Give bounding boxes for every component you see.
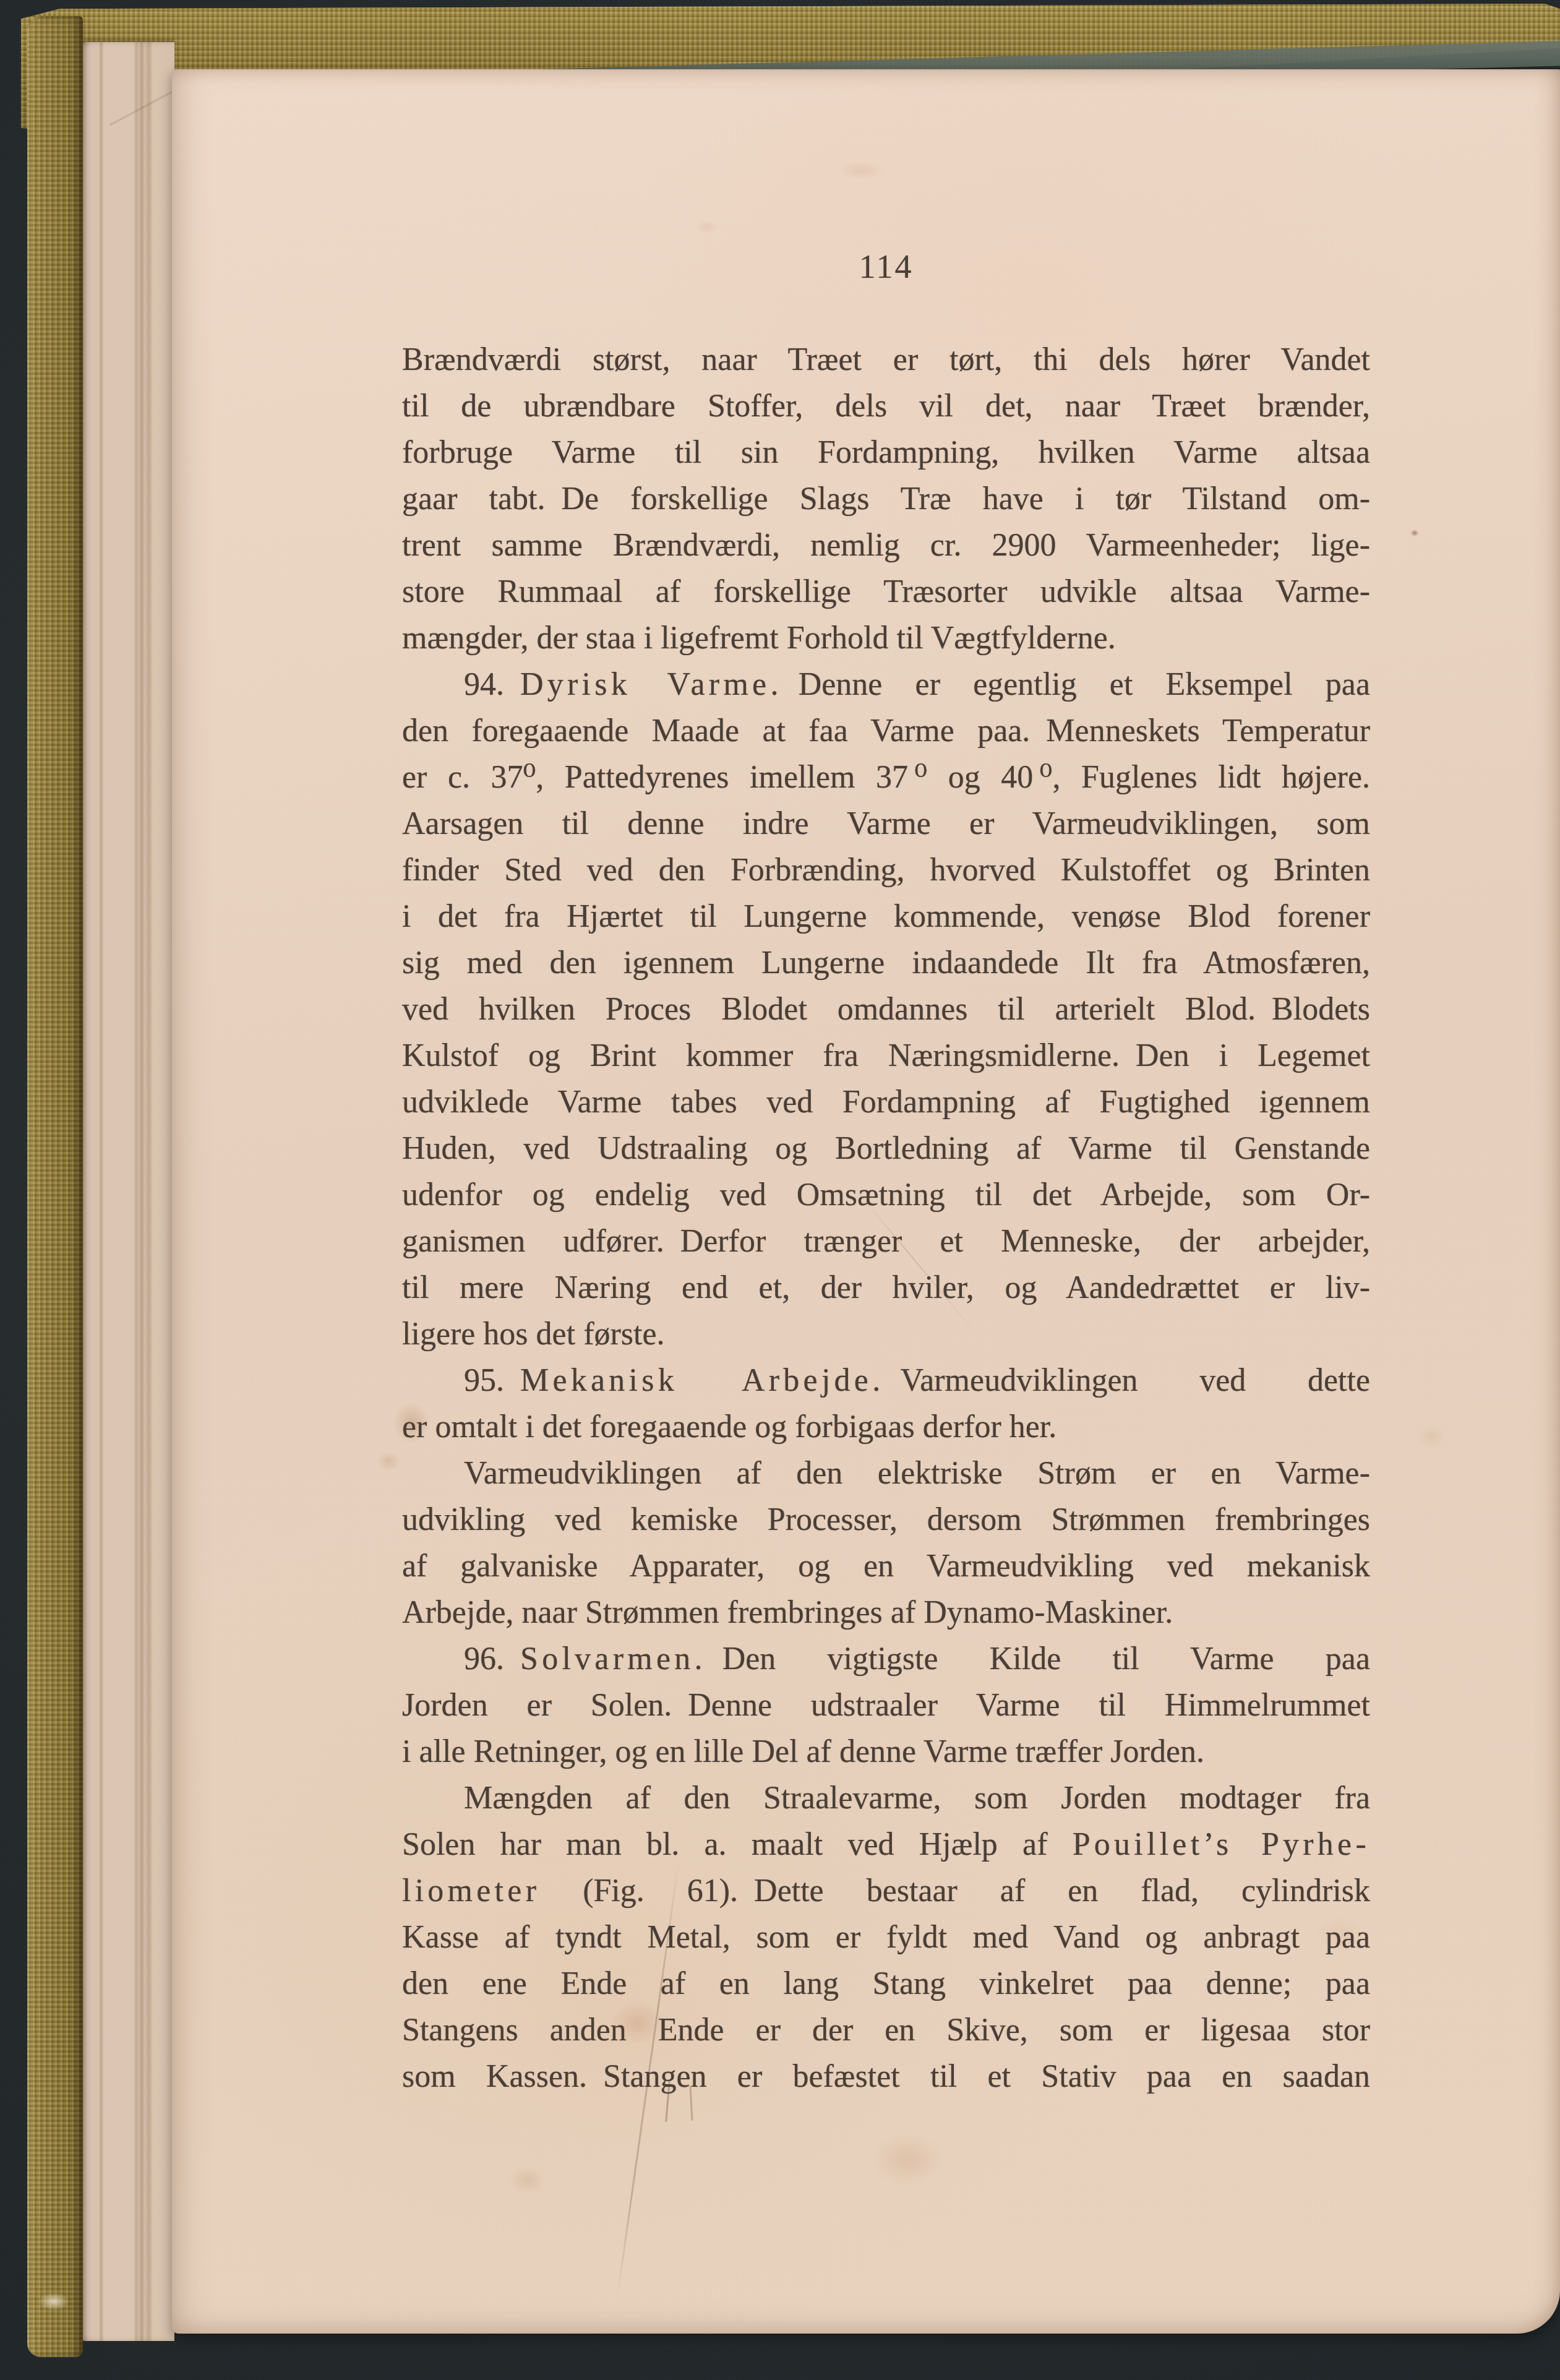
text-line: Huden, ved Udstraaling og Bortledning af…	[402, 1125, 1370, 1172]
text-line: ligere hos det første.	[402, 1311, 1370, 1357]
text-run: 95.	[464, 1363, 520, 1398]
text-run: 96.	[464, 1641, 520, 1677]
text-line: Solen har man bl. a. maalt ved Hjælp af …	[402, 1821, 1370, 1868]
text-line: den ene Ende af en lang Stang vinkelret …	[402, 1961, 1370, 2007]
text-run: Aarsagen til denne indre Varme er Varmeu…	[402, 806, 1370, 841]
text-line: Arbejde, naar Strømmen frembringes af Dy…	[402, 1589, 1370, 1636]
text-line: sig med den igennem Lungerne indaandede …	[402, 940, 1370, 986]
text-line: Jorden er Solen. Denne udstraaler Varme …	[402, 1682, 1370, 1729]
text-run: til mere Næring end et, der hviler, og A…	[402, 1270, 1370, 1305]
text-line: mængder, der staa i ligefremt Forhold ti…	[402, 615, 1370, 661]
letterspaced-term: Dyrisk Varme.	[520, 667, 782, 702]
text-line: Mængden af den Straalevarme, som Jorden …	[402, 1775, 1370, 1821]
book-cover-left-edge	[27, 16, 83, 2357]
letterspaced-term: Solvarmen.	[520, 1641, 706, 1677]
page-stack-left-edges	[80, 42, 174, 2341]
text-line: 94. Dyrisk Varme. Denne er egentlig et E…	[402, 661, 1370, 708]
text-line: til de ubrændbare Stoffer, dels vil det,…	[402, 383, 1370, 429]
text-run: Denne er egentlig et Eksempel paa	[782, 667, 1370, 702]
text-run: forbruge Varme til sin Fordampning, hvil…	[402, 435, 1370, 470]
text-run: udvikling ved kemiske Processer, dersom …	[402, 1502, 1370, 1537]
text-line: trent samme Brændværdi, nemlig cr. 2900 …	[402, 522, 1370, 569]
text-run: mængder, der staa i ligefremt Forhold ti…	[402, 621, 1116, 656]
text-run: Stangens anden Ende er der en Skive, som…	[402, 2013, 1370, 2048]
text-line: liometer (Fig. 61). Dette bestaar af en …	[402, 1868, 1370, 1914]
text-line: udviklede Varme tabes ved Fordampning af…	[402, 1079, 1370, 1125]
text-line: er c. 37⁰, Pattedyrenes imellem 37 ⁰ og …	[402, 754, 1370, 801]
text-run: af galvaniske Apparater, og en Varmeudvi…	[402, 1549, 1370, 1584]
text-run: trent samme Brændværdi, nemlig cr. 2900 …	[402, 528, 1370, 563]
frayed-thread	[32, 2289, 75, 2314]
text-run: Solen har man bl. a. maalt ved Hjælp af	[402, 1827, 1073, 1862]
page-stain	[859, 2123, 958, 2196]
text-line: 96. Solvarmen. Den vigtigste Kilde til V…	[402, 1636, 1370, 1682]
text-line: som Kassen. Stangen er befæstet til et S…	[402, 2053, 1370, 2100]
text-run: Kasse af tyndt Metal, som er fyldt med V…	[402, 1920, 1370, 1955]
text-run: i det fra Hjærtet til Lungerne kommende,…	[402, 899, 1370, 934]
text-line: Brændværdi størst, naar Træet er tørt, t…	[402, 337, 1370, 383]
page-stain	[371, 1448, 406, 1475]
text-run: (Fig. 61). Dette bestaar af en flad, cyl…	[540, 1873, 1370, 1909]
text-run: ganismen udfører. Derfor trænger et Menn…	[402, 1224, 1370, 1259]
page-stain	[692, 218, 722, 236]
text-run: til de ubrændbare Stoffer, dels vil det,…	[402, 389, 1370, 424]
book-photo: 114 Brændværdi størst, naar Træet er tør…	[0, 0, 1560, 2380]
text-run: i alle Retninger, og en lille Del af den…	[402, 1734, 1204, 1769]
text-run: finder Sted ved den Forbrænding, hvorved…	[402, 853, 1370, 888]
text-run: gaar tabt. De forskellige Slags Træ have…	[402, 481, 1370, 517]
text-line: Kulstof og Brint kommer fra Næringsmidle…	[402, 1033, 1370, 1079]
text-run: som Kassen. Stangen er befæstet til et S…	[402, 2059, 1370, 2094]
text-line: store Rummaal af forskellige Træsorter u…	[402, 569, 1370, 615]
text-run: store Rummaal af forskellige Træsorter u…	[402, 574, 1370, 609]
text-run: er c. 37⁰, Pattedyrenes imellem 37 ⁰ og …	[402, 760, 1370, 795]
text-run: Varmeudviklingen af den elektriske Strøm…	[464, 1456, 1370, 1491]
text-run: Den vigtigste Kilde til Varme paa	[706, 1641, 1370, 1677]
text-run: sig med den igennem Lungerne indaandede …	[402, 945, 1370, 981]
text-line: udvikling ved kemiske Processer, dersom …	[402, 1497, 1370, 1543]
text-line: ganismen udfører. Derfor trænger et Menn…	[402, 1218, 1370, 1265]
text-line: gaar tabt. De forskellige Slags Træ have…	[402, 476, 1370, 522]
text-run: er omtalt i det foregaaende og forbigaas…	[402, 1409, 1056, 1445]
text-line: i det fra Hjærtet til Lungerne kommende,…	[402, 893, 1370, 940]
text-line: Kasse af tyndt Metal, som er fyldt med V…	[402, 1914, 1370, 1961]
text-run: udviklede Varme tabes ved Fordampning af…	[402, 1085, 1370, 1120]
text-run: Kulstof og Brint kommer fra Næringsmidle…	[402, 1038, 1370, 1073]
text-line: er omtalt i det foregaaende og forbigaas…	[402, 1404, 1370, 1450]
text-run: Varmeudviklingen ved dette	[884, 1363, 1370, 1398]
text-run: ligere hos det første.	[402, 1317, 665, 1352]
page-stain	[501, 2160, 554, 2200]
page-number: 114	[402, 244, 1370, 290]
text-line: ved hvilken Proces Blodet omdannes til a…	[402, 986, 1370, 1033]
page-stain	[828, 156, 896, 184]
text-run: Brændværdi størst, naar Træet er tørt, t…	[402, 342, 1370, 377]
letterspaced-term: Mekanisk Arbejde.	[520, 1363, 884, 1398]
text-run: Arbejde, naar Strømmen frembringes af Dy…	[402, 1595, 1173, 1630]
text-run: Jorden er Solen. Denne udstraaler Varme …	[402, 1688, 1370, 1723]
text-run: Mængden af den Straalevarme, som Jorden …	[464, 1781, 1370, 1816]
letterspaced-term: liometer	[402, 1873, 540, 1909]
letterspaced-term: Pouillet’s Pyrhe-	[1073, 1827, 1370, 1862]
text-line: til mere Næring end et, der hviler, og A…	[402, 1265, 1370, 1311]
text-line: i alle Retninger, og en lille Del af den…	[402, 1729, 1370, 1775]
text-line: finder Sted ved den Forbrænding, hvorved…	[402, 847, 1370, 893]
text-run: Huden, ved Udstraaling og Bortledning af…	[402, 1131, 1370, 1166]
text-run: den ene Ende af en lang Stang vinkelret …	[402, 1966, 1370, 2001]
text-line: Aarsagen til denne indre Varme er Varmeu…	[402, 801, 1370, 847]
page-stain	[1412, 1420, 1451, 1453]
body-text: Brændværdi størst, naar Træet er tørt, t…	[402, 337, 1370, 2100]
book-page: 114 Brændværdi størst, naar Træet er tør…	[172, 69, 1560, 2334]
text-line: den foregaaende Maade at faa Varme paa. …	[402, 708, 1370, 754]
text-run: 94.	[464, 667, 520, 702]
text-line: Varmeudviklingen af den elektriske Strøm…	[402, 1450, 1370, 1497]
text-line: Stangens anden Ende er der en Skive, som…	[402, 2007, 1370, 2053]
text-line: 95. Mekanisk Arbejde. Varmeudviklingen v…	[402, 1357, 1370, 1404]
text-run: ved hvilken Proces Blodet omdannes til a…	[402, 992, 1370, 1027]
page-content: 114 Brændværdi størst, naar Træet er tør…	[402, 244, 1370, 2100]
page-stain	[1409, 528, 1420, 538]
text-line: af galvaniske Apparater, og en Varmeudvi…	[402, 1543, 1370, 1589]
text-run: den foregaaende Maade at faa Varme paa. …	[402, 713, 1370, 749]
text-line: forbruge Varme til sin Fordampning, hvil…	[402, 429, 1370, 476]
text-line: udenfor og endelig ved Omsætning til det…	[402, 1172, 1370, 1218]
text-run: udenfor og endelig ved Omsætning til det…	[402, 1177, 1370, 1213]
